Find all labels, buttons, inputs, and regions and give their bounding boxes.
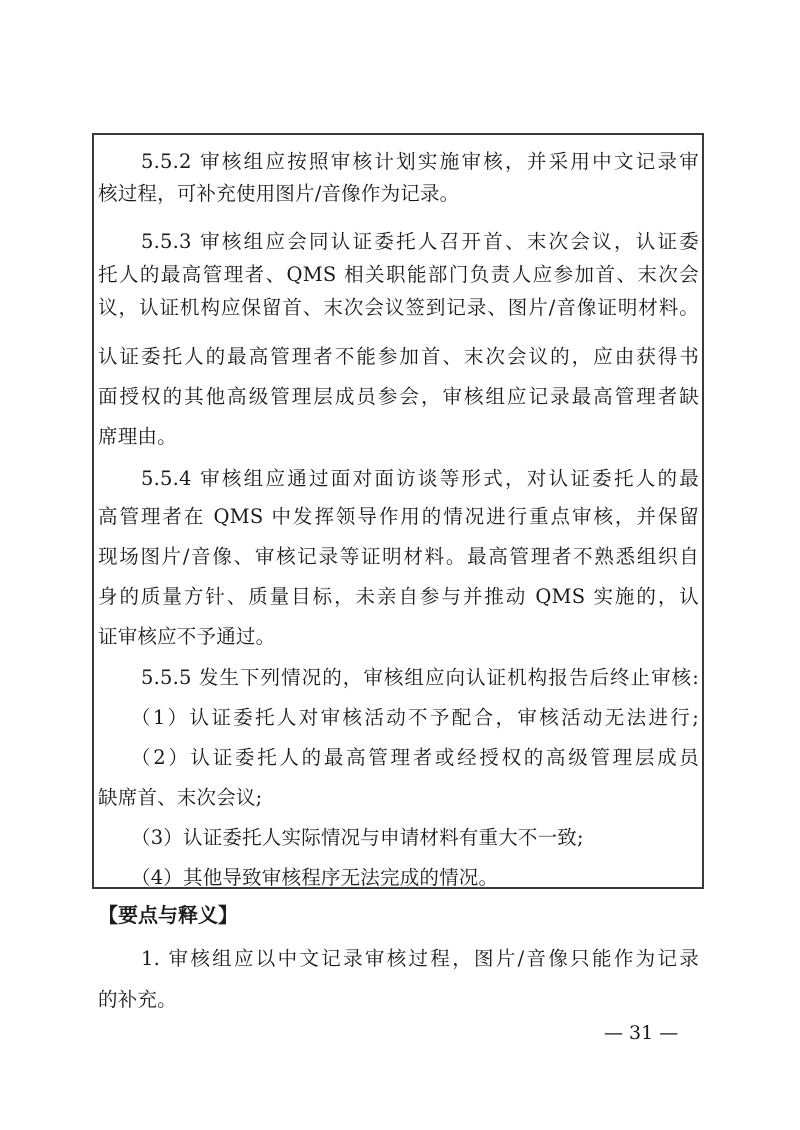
text-line: 托人的最高管理者、QMS 相关职能部门负责人应参加首、末次会	[98, 263, 699, 287]
text-line: 身的质量方针、质量目标，未亲自参与并推动 QMS 实施的，认	[98, 585, 699, 609]
text-line: 面授权的其他高级管理层成员参会，审核组应记录最高管理者缺	[98, 385, 699, 409]
text-line: 5.5.4 审核组应通过面对面访谈等形式，对认证委托人的最	[141, 467, 699, 491]
section-heading: 【要点与释义】	[98, 902, 238, 928]
text-line: 缺席首、末次会议;	[98, 786, 262, 810]
text-line: 现场图片/音像、审核记录等证明材料。最高管理者不熟悉组织自	[98, 545, 699, 569]
text-line: （1）认证委托人对审核活动不予配合，审核活动无法进行;	[131, 706, 699, 730]
text-line: 5.5.2 审核组应按照审核计划实施审核，并采用中文记录审	[141, 150, 699, 174]
text-line: 5.5.5 发生下列情况的，审核组应向认证机构报告后终止审核:	[141, 666, 699, 690]
text-line: 认证委托人的最高管理者不能参加首、末次会议的，应由获得书	[98, 345, 699, 369]
text-line: 1. 审核组应以中文记录审核过程，图片/音像只能作为记录	[141, 947, 699, 971]
text-line: 核过程，可补充使用图片/音像作为记录。	[98, 182, 459, 206]
text-line: 证审核应不予通过。	[98, 625, 275, 649]
text-line: （2）认证委托人的最高管理者或经授权的高级管理层成员	[131, 746, 699, 770]
page-number: — 31 —	[604, 1022, 678, 1044]
text-line: 的补充。	[98, 988, 177, 1012]
text-line: （3）认证委托人实际情况与申请材料有重大不一致;	[131, 826, 584, 850]
text-line: 议，认证机构应保留首、末次会议签到记录、图片/音像证明材料。	[98, 296, 699, 320]
text-line: 席理由。	[98, 425, 177, 449]
text-line: 高管理者在 QMS 中发挥领导作用的情况进行重点审核，并保留	[98, 505, 699, 529]
text-line: （4）其他导致审核程序无法完成的情况。	[131, 866, 498, 890]
text-line: 5.5.3 审核组应会同认证委托人召开首、末次会议，认证委	[141, 230, 699, 254]
